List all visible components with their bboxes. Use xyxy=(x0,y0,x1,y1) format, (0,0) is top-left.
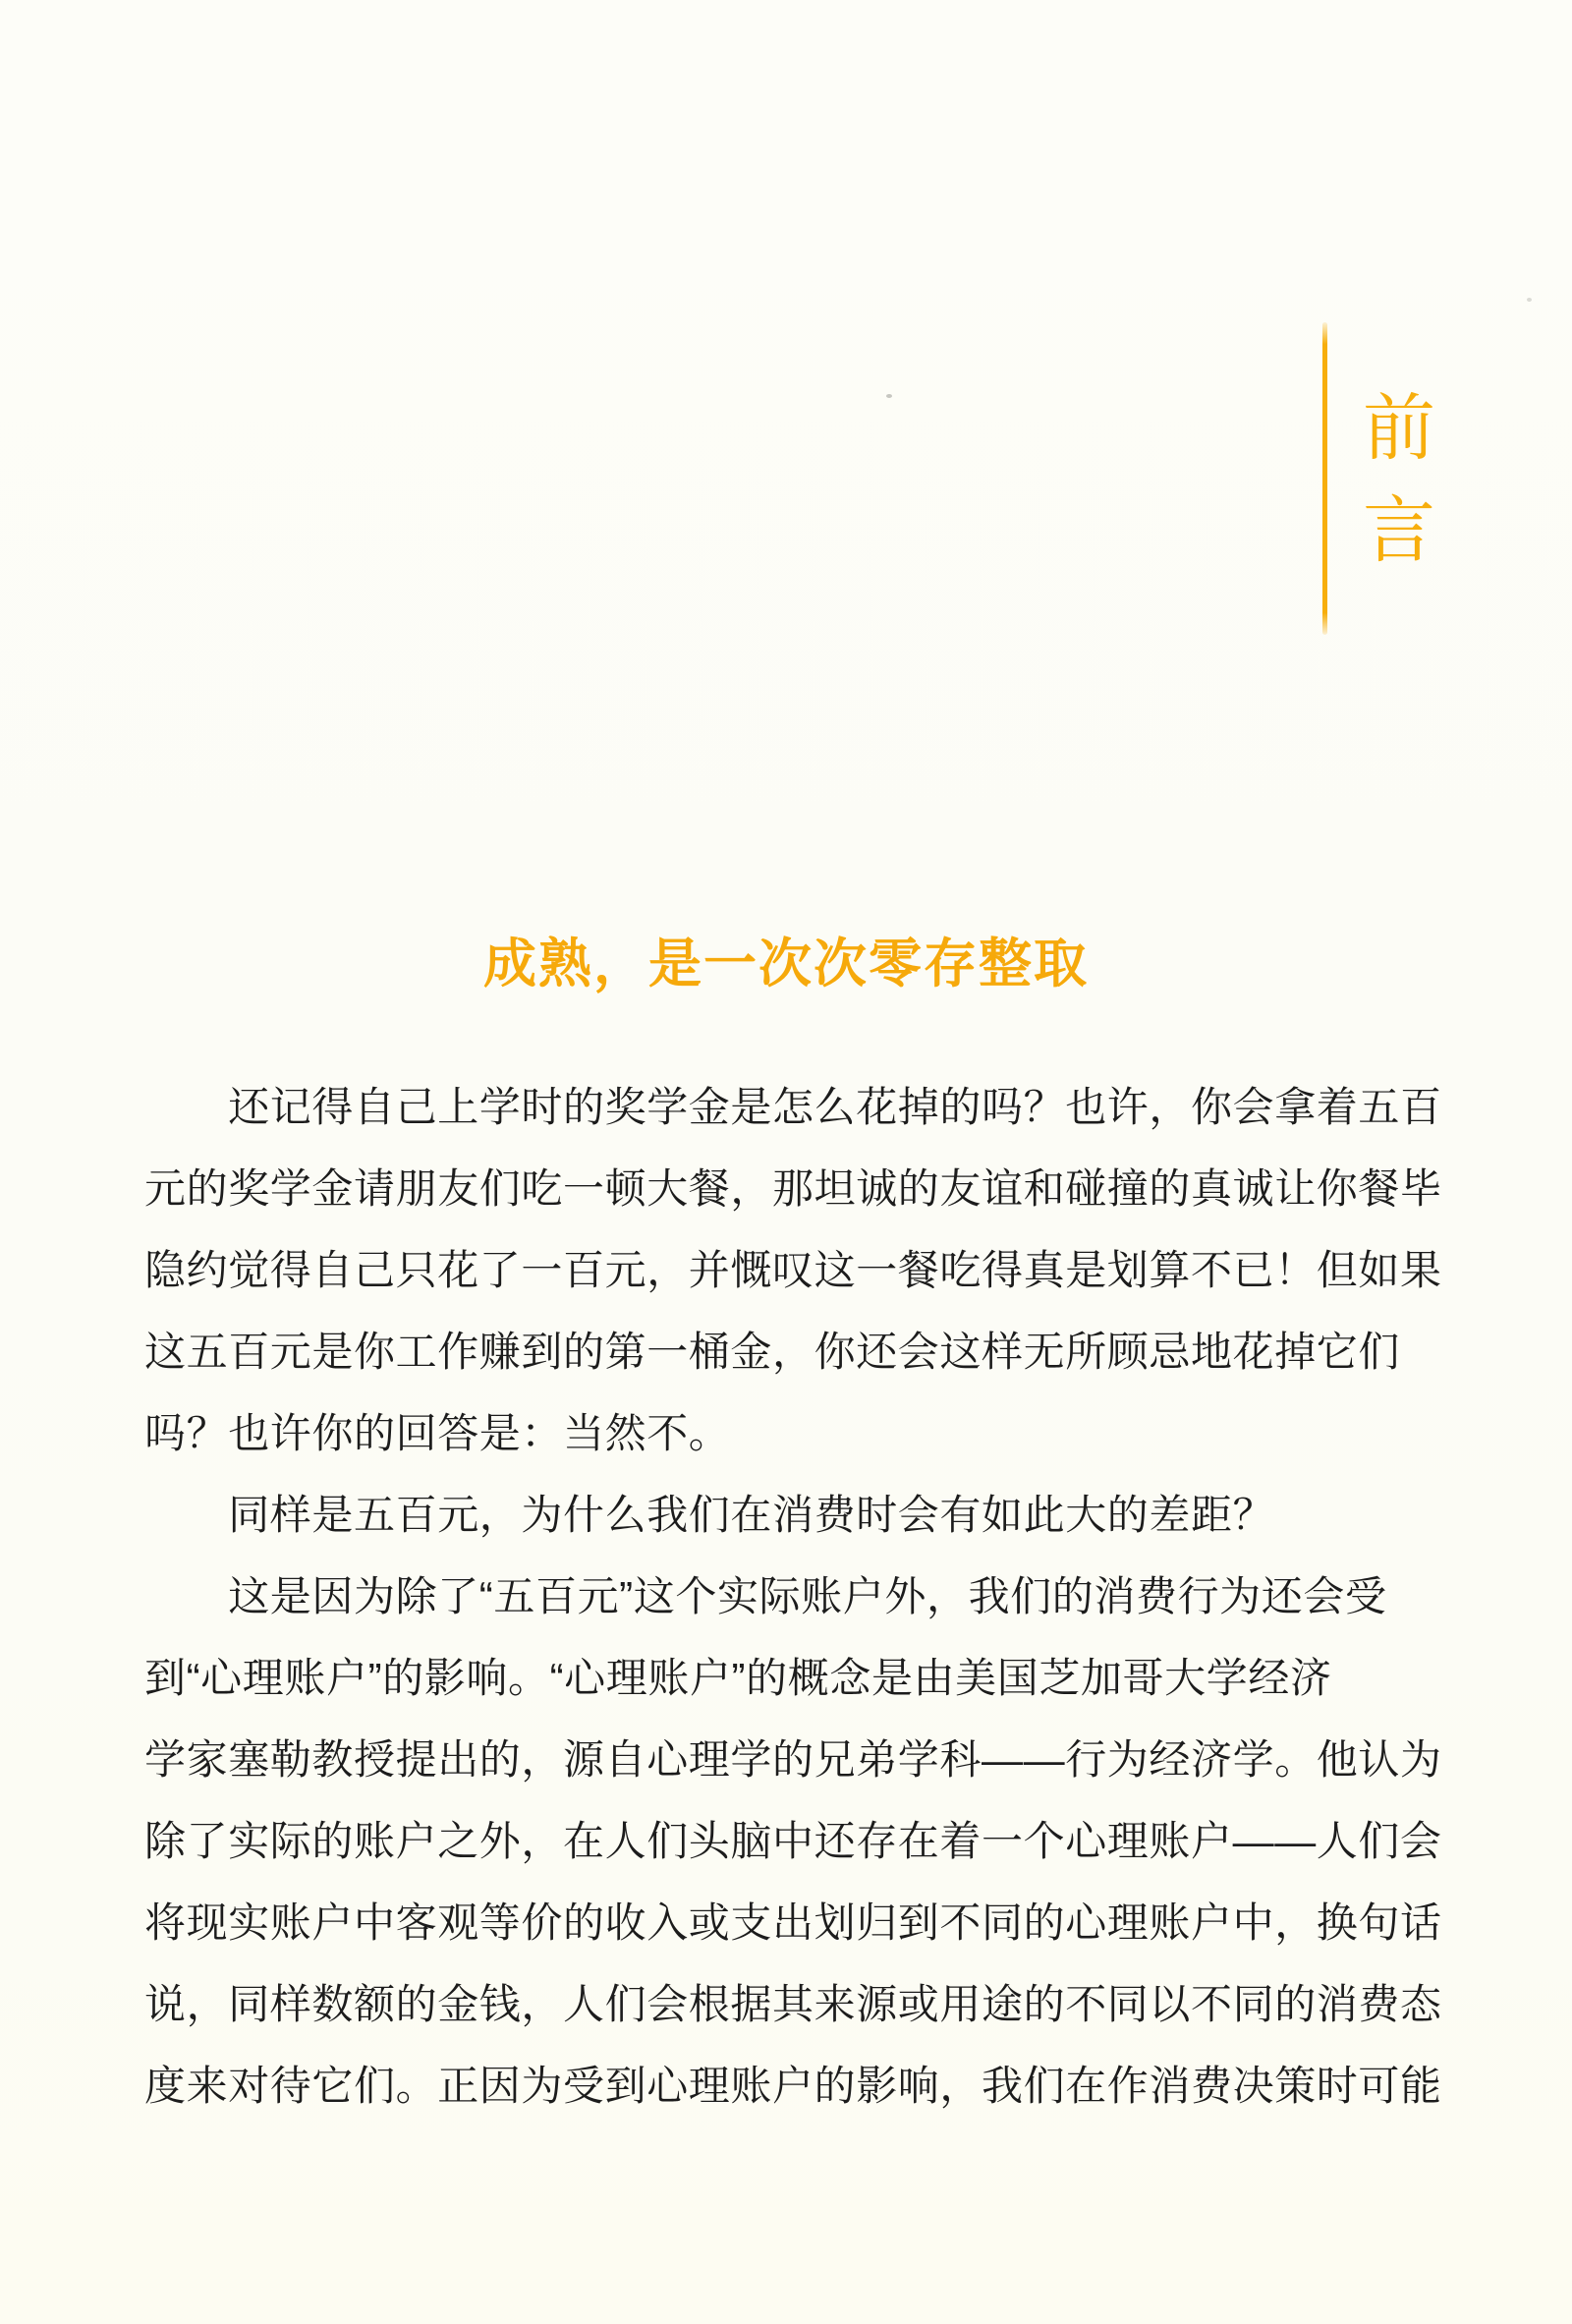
preface-vertical-rule xyxy=(1322,322,1327,635)
book-page: 前言 成熟，是一次次零存整取 还记得自己上学时的奖学金是怎么花掉的吗？也许，你会… xyxy=(0,0,1572,2324)
body-text-line: 学家塞勒教授提出的，源自心理学的兄弟学科——行为经济学。他认为 xyxy=(144,1719,1451,1800)
body-text-line: 同样是五百元，为什么我们在消费时会有如此大的差距？ xyxy=(144,1474,1451,1556)
body-text-line: 将现实账户中客观等价的收入或支出划归到不同的心理账户中，换句话 xyxy=(144,1882,1451,1963)
body-text-line: 这五百元是你工作赚到的第一桶金，你还会这样无所顾忌地花掉它们 xyxy=(144,1311,1451,1392)
body-text-line: 隐约觉得自己只花了一百元，并慨叹这一餐吃得真是划算不已！但如果 xyxy=(144,1229,1451,1311)
body-text-line: 除了实际的账户之外，在人们头脑中还存在着一个心理账户——人们会 xyxy=(144,1800,1451,1882)
body-text-line: 元的奖学金请朋友们吃一顿大餐，那坦诚的友谊和碰撞的真诚让你餐毕 xyxy=(144,1148,1451,1229)
body-text-line: 说，同样数额的金钱，人们会根据其来源或用途的不同以不同的消费态 xyxy=(144,1963,1451,2045)
body-text-line: 度来对待它们。正因为受到心理账户的影响，我们在作消费决策时可能 xyxy=(144,2045,1451,2126)
body-text-line: 到“心理账户”的影响。“心理账户”的概念是由美国芝加哥大学经济 xyxy=(144,1637,1451,1719)
body-text-line: 这是因为除了“五百元”这个实际账户外，我们的消费行为还会受 xyxy=(144,1556,1451,1637)
scan-speck xyxy=(1527,298,1532,302)
scan-speck xyxy=(886,394,892,398)
body-text-line: 吗？也许你的回答是：当然不。 xyxy=(144,1392,1451,1474)
body-text-line: 还记得自己上学时的奖学金是怎么花掉的吗？也许，你会拿着五百 xyxy=(144,1066,1451,1148)
preface-label: 前言 xyxy=(1354,389,1431,594)
body-text: 还记得自己上学时的奖学金是怎么花掉的吗？也许，你会拿着五百元的奖学金请朋友们吃一… xyxy=(144,1066,1451,2126)
chapter-title: 成熟，是一次次零存整取 xyxy=(0,934,1572,994)
